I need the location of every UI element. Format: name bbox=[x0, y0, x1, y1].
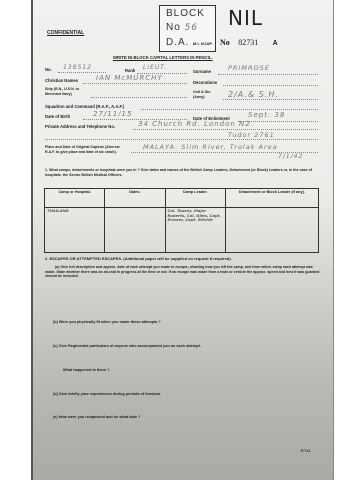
col-camp-leader: Camp Leader. bbox=[165, 189, 225, 208]
address-label: Private Address and Telephone No. bbox=[45, 124, 115, 129]
enlistment-value: Sept. 38 bbox=[248, 111, 285, 119]
rank-label: Rank bbox=[125, 68, 135, 73]
section2-c: (c) Give Regimental particulars of anyon… bbox=[53, 344, 201, 348]
capture-value-line1: MALAYA. Slim River, Trolak Area bbox=[143, 143, 278, 151]
unit-value: 2/A.& S.H. bbox=[228, 90, 279, 99]
christian-names-label: Christian Names bbox=[45, 78, 78, 83]
cell-detachment-leader bbox=[225, 208, 318, 253]
form-id: M.I. 9/JAP. bbox=[193, 41, 213, 46]
capture-label: Place and Date of Original Capture (Airc… bbox=[45, 145, 125, 154]
dob-label: Date of Birth bbox=[45, 114, 70, 119]
col-camp-or-hospital: Camp or Hospital. bbox=[45, 189, 105, 208]
classification-label: CONFIDENTIAL bbox=[47, 30, 84, 36]
stamp-line-3: D.A. bbox=[166, 37, 189, 48]
cell-dates bbox=[105, 208, 165, 253]
stamp-no-label: No bbox=[166, 22, 181, 33]
address-value-line2: Tudor 2761 bbox=[228, 131, 275, 139]
handwritten-nil: NIL bbox=[228, 6, 263, 30]
serial-no-label: No bbox=[220, 38, 230, 47]
section2-c2: What happened to them ? bbox=[63, 368, 109, 372]
surname-value: PRIMROSE bbox=[228, 64, 270, 72]
section1-question: 1. What camps, detachments or hospitals … bbox=[45, 168, 320, 177]
cell-camp: THAILAND bbox=[45, 208, 105, 253]
instruction-heading: WRITE IN BLOCK CAPITAL LETTERS IN PENCIL… bbox=[113, 55, 213, 60]
section2-e: (e) How were you recaptured and on what … bbox=[53, 415, 140, 419]
camps-table: Camp or Hospital. Dates. Camp Leader. De… bbox=[44, 188, 319, 253]
capture-value-line2: 7/1/42 bbox=[278, 153, 303, 160]
surname-label: Surname bbox=[193, 69, 211, 74]
unit-label: Unit & Div. (Army) bbox=[193, 90, 221, 99]
section2-heading: 2. ESCAPES OR ATTEMPTED ESCAPES. (Additi… bbox=[45, 256, 232, 261]
dob-value: 27/11/15 bbox=[93, 110, 132, 118]
pto-footer: P.T.O. bbox=[301, 449, 311, 453]
no-label: No. bbox=[45, 67, 52, 72]
serial-suffix: A bbox=[273, 40, 278, 47]
camps-table-header: Camp or Hospital. Dates. Camp Leader. De… bbox=[45, 189, 319, 208]
no-value: 138512 bbox=[63, 64, 92, 71]
stamp-line-1: BLOCK bbox=[166, 8, 205, 19]
address-value-line1: 34 Church Rd. London N2 bbox=[138, 120, 251, 128]
pow-questionnaire-page: CONFIDENTIAL BLOCK No 56 D.A. NIL M.I. 9… bbox=[31, 0, 334, 480]
serial-number: 82731 bbox=[238, 38, 258, 47]
decorations-label: Decorations bbox=[193, 80, 217, 85]
col-detachment-leader: Detachment or Block Leader (if any). bbox=[225, 189, 318, 208]
ship-label: Ship (R.N., U.S.N. or Merchant Navy) bbox=[45, 87, 87, 96]
section2-d: (d) Give briefly your experiences during… bbox=[53, 392, 161, 396]
section2-a: (a) Give full description and approx. da… bbox=[45, 265, 320, 279]
cell-camp-leader: Col. Toosey, Major Roberts, Col. Giles, … bbox=[165, 208, 225, 253]
col-dates: Dates. bbox=[105, 189, 165, 208]
christian-names-value: IAN McMURCHY bbox=[96, 74, 163, 82]
rank-value: LIEUT. bbox=[143, 64, 167, 71]
section2-b: (b) Were you physically fit when you mad… bbox=[53, 320, 161, 324]
table-row: THAILAND Col. Toosey, Major Roberts, Col… bbox=[45, 208, 319, 253]
squadron-label: Squadron and Command (R.A.F., A.A.F.) bbox=[45, 104, 124, 109]
form-serial: M.I. 9/JAP. No 82731 A bbox=[193, 32, 278, 50]
